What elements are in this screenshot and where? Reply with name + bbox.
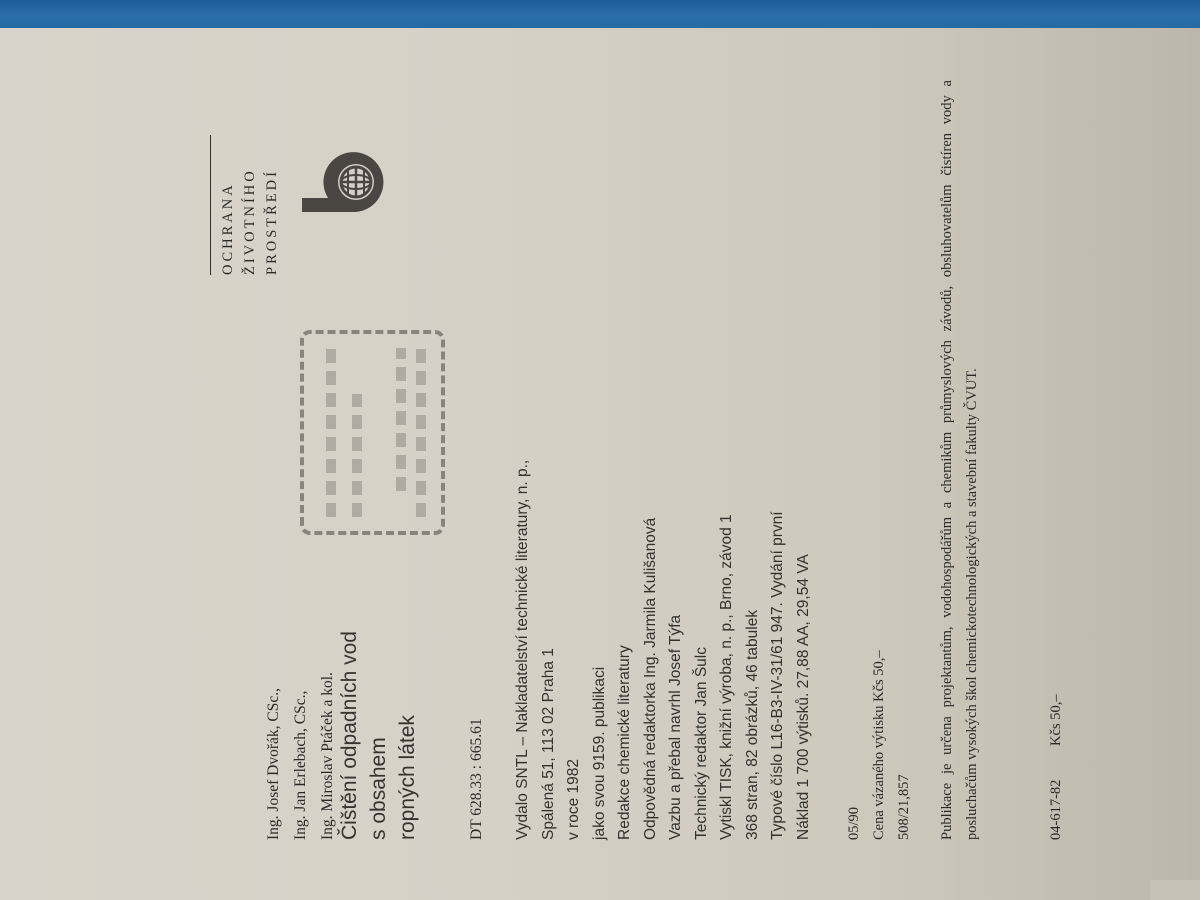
globe-emblem-icon [298, 150, 388, 220]
imprint-line: 368 stran, 82 obrázků, 46 tabulek [740, 460, 766, 840]
author: Ing. Jan Erlebach, CSc., [287, 672, 314, 840]
imprint-line: Technický redaktor Jan Šulc [689, 460, 715, 840]
imprint-block: Vydalo SNTL – Nakladatelství technické l… [510, 460, 816, 840]
imprint-line: Vytiskl TISK, knižní výroba, n. p., Brno… [714, 460, 740, 840]
book-cover-edge [0, 0, 1200, 29]
imprint-line: Náklad 1 700 výtisků. 27,88 AA, 29,54 VA [791, 460, 817, 840]
book-title: Čištění odpadních vod s obsahem ropných … [335, 631, 422, 840]
code-line: 508/21,857 [892, 650, 917, 840]
price: Kčs 50,– [1048, 694, 1064, 746]
imprint-line: Vydalo SNTL – Nakladatelství technické l… [510, 460, 536, 840]
footer: 04-617-82 Kčs 50,– [1048, 694, 1065, 840]
imprint-line: Spálená 51, 113 02 Praha 1 [536, 460, 562, 840]
price-codes: 05/90 Cena vázaného výtisku Kčs 50,– 508… [842, 650, 917, 840]
imprint-line: Vazbu a přebal navrhl Josef Týfa [663, 460, 689, 840]
library-stamp [300, 330, 445, 535]
series-label: OCHRANA ŽIVOTNÍHO PROSTŘEDÍ [210, 135, 283, 275]
imprint-page: Ing. Josef Dvořák, CSc., Ing. Jan Erleba… [210, 30, 1190, 870]
page-edge [1150, 880, 1200, 900]
imprint-line: v roce 1982 [561, 460, 587, 840]
imprint-line: Typové číslo L16-B3-IV-31/61 947. Vydání… [765, 460, 791, 840]
imprint-line: Odpovědná redaktorka Ing. Jarmila Kuliša… [638, 460, 664, 840]
author-list: Ing. Josef Dvořák, CSc., Ing. Jan Erleba… [260, 672, 341, 840]
code-line: 05/90 [842, 650, 867, 840]
code-line: Cena vázaného výtisku Kčs 50,– [867, 650, 892, 840]
author: Ing. Josef Dvořák, CSc., [260, 672, 287, 840]
imprint-line: jako svou 9159. publikaci [587, 460, 613, 840]
classification-code: DT 628.33 : 665.61 [468, 718, 486, 840]
publication-code: 04-617-82 [1048, 780, 1064, 840]
audience-description: Publikace je určena projektantům, vodoho… [935, 80, 985, 840]
imprint-line: Redakce chemické literatury [612, 460, 638, 840]
